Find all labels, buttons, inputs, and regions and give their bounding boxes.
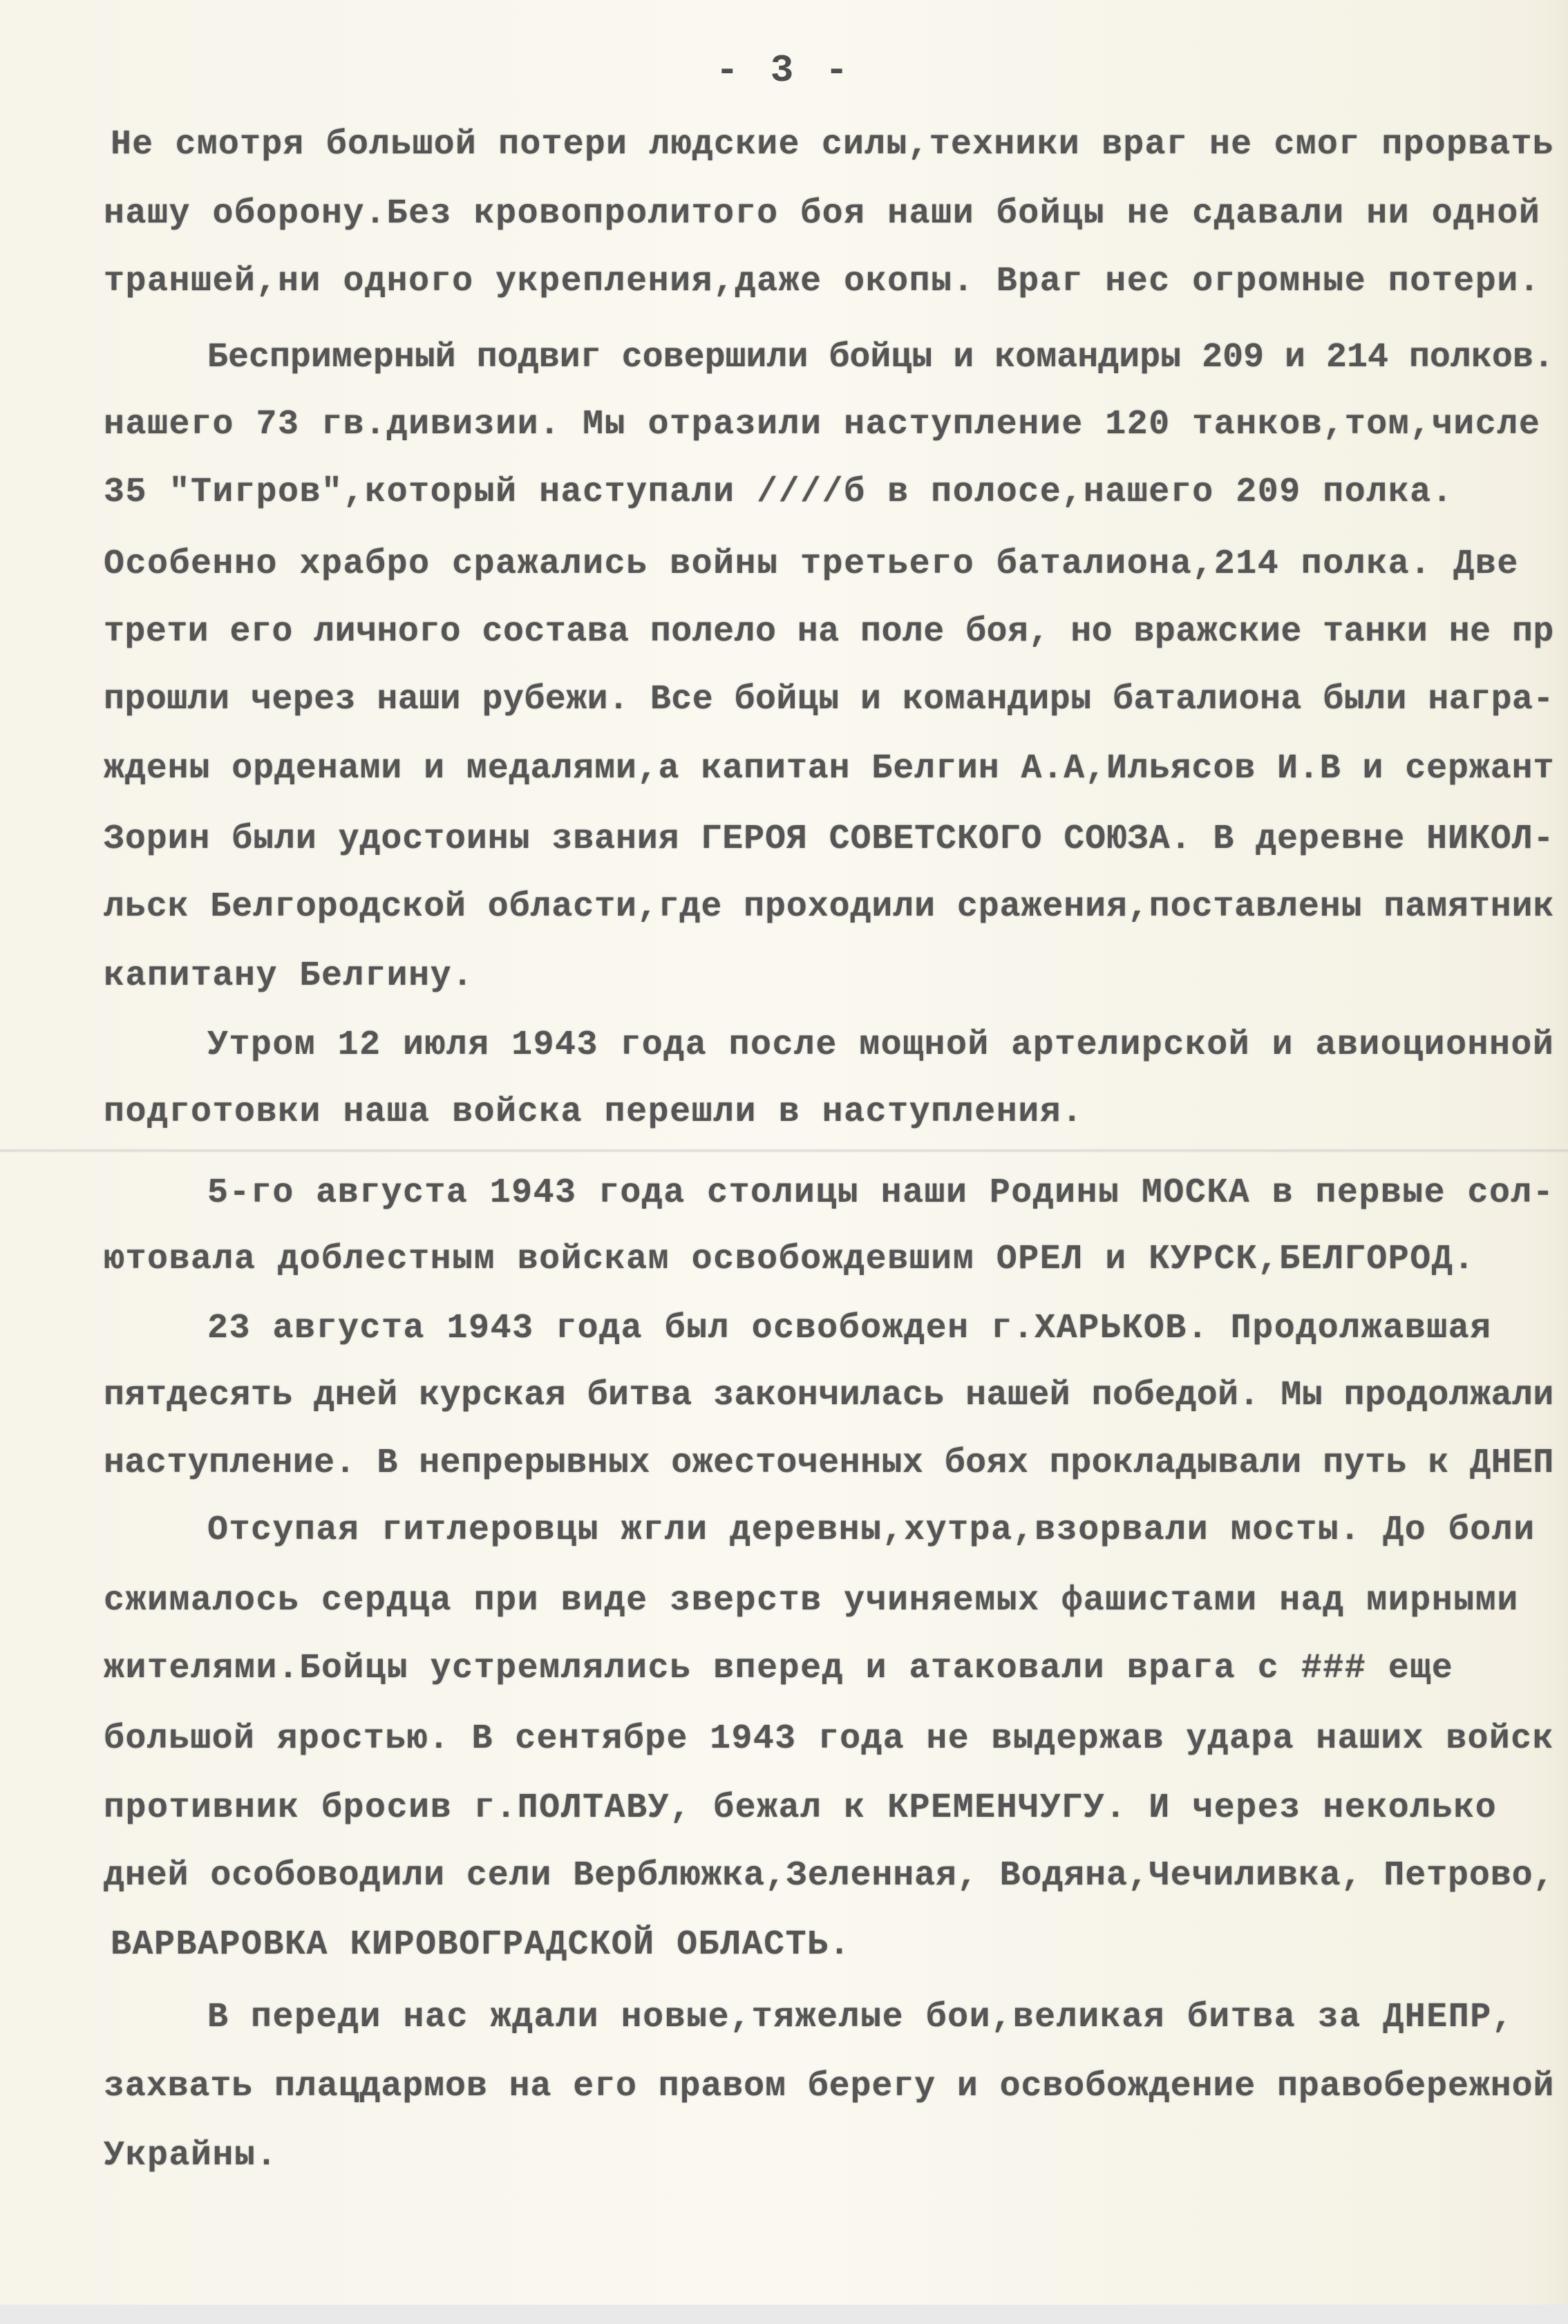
text-line: жителями.Бойцы устремлялись вперед и ата… [104, 1648, 1453, 1690]
text-line: прошли через наши рубежи. Все бойцы и ко… [104, 679, 1554, 721]
text-line: 23 августа 1943 года был освобожден г.ХА… [207, 1308, 1492, 1350]
document-page: - 3 - Не смотря большой потери людские с… [0, 0, 1568, 2324]
text-line: сжималось сердца при виде зверств учиняе… [104, 1580, 1519, 1622]
text-line: Особенно храбро сражались войны третьего… [104, 544, 1519, 585]
text-line: подготовки наша войска перешли в наступл… [104, 1092, 1084, 1133]
text-line: Украйны. [104, 2135, 278, 2177]
text-line: Беспримерный подвиг совершили бойцы и ко… [207, 337, 1554, 379]
text-line: нашего 73 гв.дивизии. Мы отразили наступ… [104, 404, 1540, 446]
text-line: льск Белгородской области,где проходили … [104, 887, 1554, 928]
text-line: противник бросив г.ПОЛТАВУ, бежал к КРЕМ… [104, 1788, 1497, 1829]
text-line: В переди нас ждали новые,тяжелые бои,вел… [207, 1997, 1513, 2039]
text-line: ВАРВАРОВКА КИРОВОГРАДСКОЙ ОБЛАСТЬ. [111, 1925, 851, 1966]
text-line: нашу оборону.Без кровопролитого боя наши… [104, 193, 1540, 235]
text-line: пятдесять дней курская битва закончилась… [104, 1375, 1554, 1417]
text-line: дней особоводили сели Верблюжка,Зеленная… [104, 1855, 1554, 1897]
text-line: наступление. В непрерывных ожесточенных … [104, 1443, 1554, 1484]
text-line: Не смотря большой потери людские силы,те… [111, 124, 1554, 166]
text-line: захвать плацдармов на его правом берегу … [104, 2066, 1554, 2108]
text-line: трети его личного состава полело на поле… [104, 612, 1554, 653]
text-line: Отсупая гитлеровцы жгли деревны,хутра,вз… [207, 1510, 1536, 1551]
text-line: ютовала доблестным войскам освобождевшим… [104, 1239, 1475, 1281]
page-number: - 3 - [0, 48, 1568, 93]
paper-fold-line [0, 1149, 1568, 1153]
text-line: большой яростью. В сентябре 1943 года не… [104, 1719, 1554, 1760]
text-line: Утром 12 июля 1943 года после мощной арт… [207, 1025, 1554, 1066]
text-line: ждены орденами и медалями,а капитан Белг… [104, 748, 1554, 790]
text-line: траншей,ни одного укрепления,даже окопы.… [104, 261, 1540, 303]
scan-bottom-edge [0, 2305, 1568, 2324]
text-line: 5-го августа 1943 года столицы наши Роди… [207, 1173, 1554, 1214]
text-line: Зорин были удостоины звания ГЕРОЯ СОВЕТС… [104, 819, 1554, 860]
text-line: 35 "Тигров",который наступали ////б в по… [104, 472, 1453, 513]
text-line: капитану Белгину. [104, 956, 474, 997]
